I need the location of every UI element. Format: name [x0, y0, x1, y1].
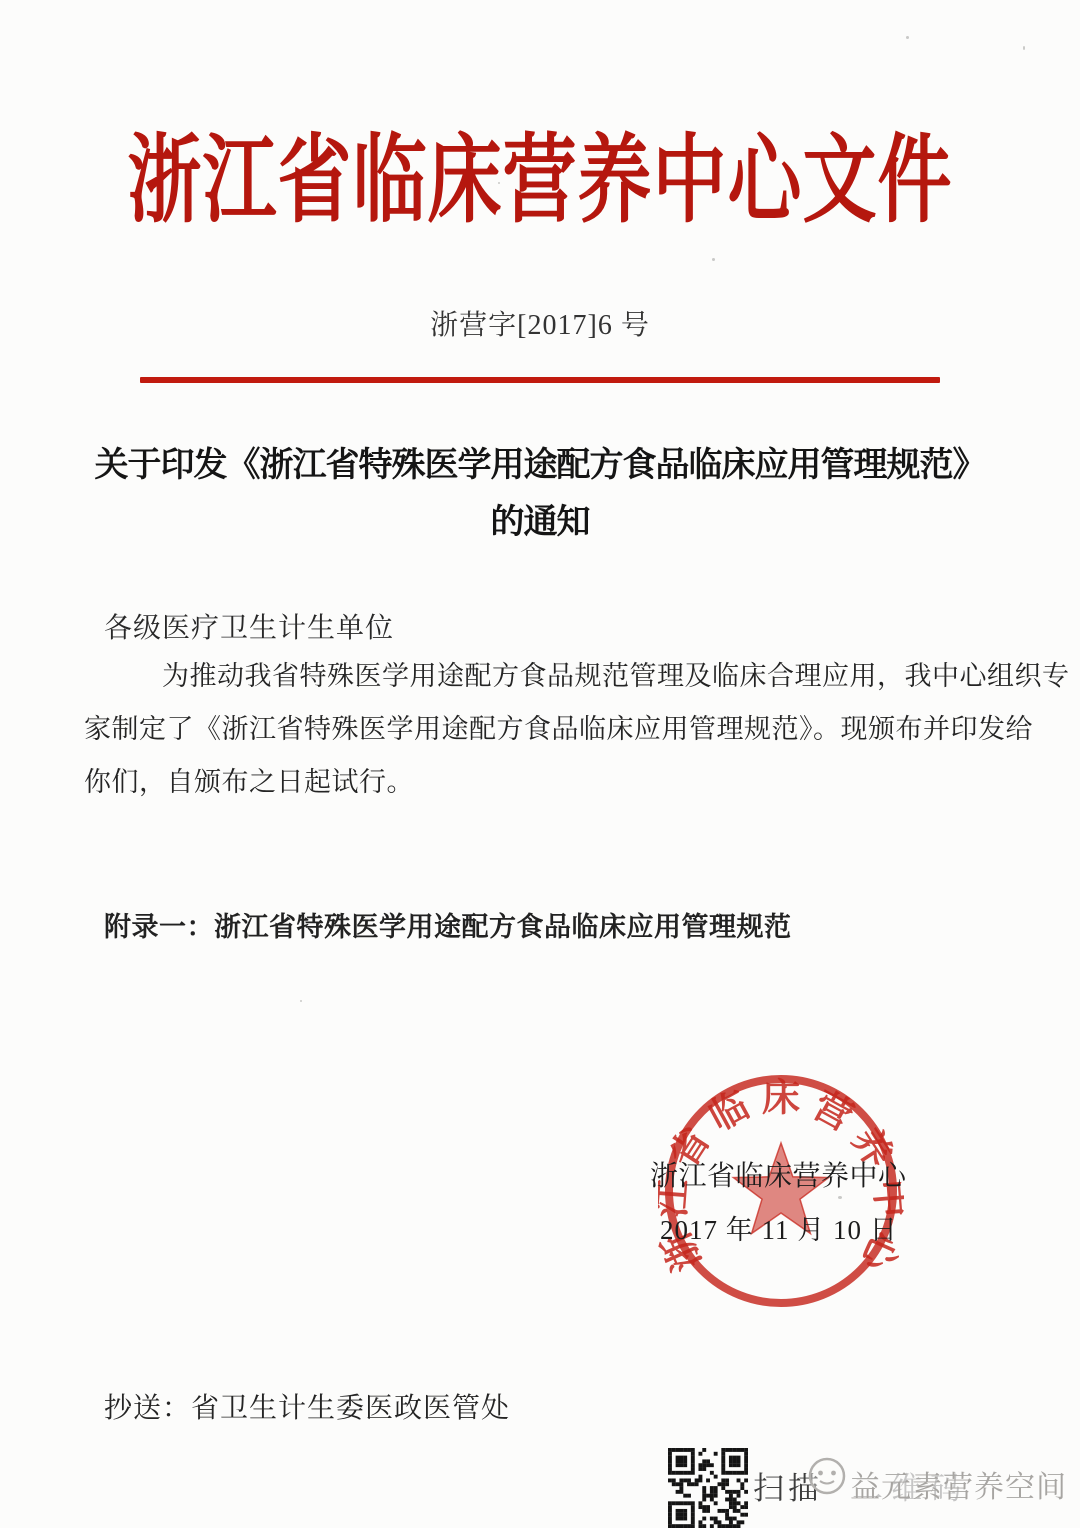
paragraph-line: 你们，自颁布之日起试行。: [84, 756, 1024, 809]
notice-title-line2: 的通知: [0, 494, 1080, 551]
letterhead-title: 浙江省临床营养中心文件: [0, 104, 1080, 242]
paragraph-line: 家制定了《浙江省特殊医学用途配方食品临床应用管理规范》。现颁布并印发给: [84, 703, 1024, 756]
notice-title: 关于印发《浙江省特殊医学用途配方食品临床应用管理规范》 的通知: [0, 437, 1080, 551]
scan-speck: [498, 182, 500, 184]
watermark-text: 益元素营养空间: [850, 1462, 1067, 1506]
scan-speck: [712, 258, 715, 261]
appendix-line: 附录一：浙江省特殊医学用途配方食品临床应用管理规范: [104, 905, 792, 944]
header-divider: [140, 377, 940, 383]
document-page: 浙江省临床营养中心文件 浙营字[2017]6 号 关于印发《浙江省特殊医学用途配…: [0, 0, 1080, 1528]
body-paragraph: 为推动我省特殊医学用途配方食品规范管理及临床合理应用，我中心组织专 家制定了《浙…: [84, 650, 1024, 809]
scan-speck: [300, 1000, 302, 1002]
signature-organization: 浙江省临床营养中心: [650, 1154, 907, 1194]
signature-date: 2017 年 11 月 10 日: [660, 1208, 898, 1247]
qr-code: [668, 1448, 748, 1528]
cc-line: 抄送：省卫生计生委医政医管处: [104, 1386, 510, 1426]
scan-speck: [906, 36, 909, 39]
paragraph-line: 为推动我省特殊医学用途配方食品规范管理及临床合理应用，我中心组织专: [84, 650, 1024, 703]
document-number: 浙营字[2017]6 号: [0, 303, 1080, 343]
notice-title-line1: 关于印发《浙江省特殊医学用途配方食品临床应用管理规范》: [0, 437, 1080, 494]
scan-speck: [1023, 46, 1025, 50]
salutation: 各级医疗卫生计生单位: [104, 606, 394, 646]
watermark-logo-icon: [806, 1455, 848, 1497]
